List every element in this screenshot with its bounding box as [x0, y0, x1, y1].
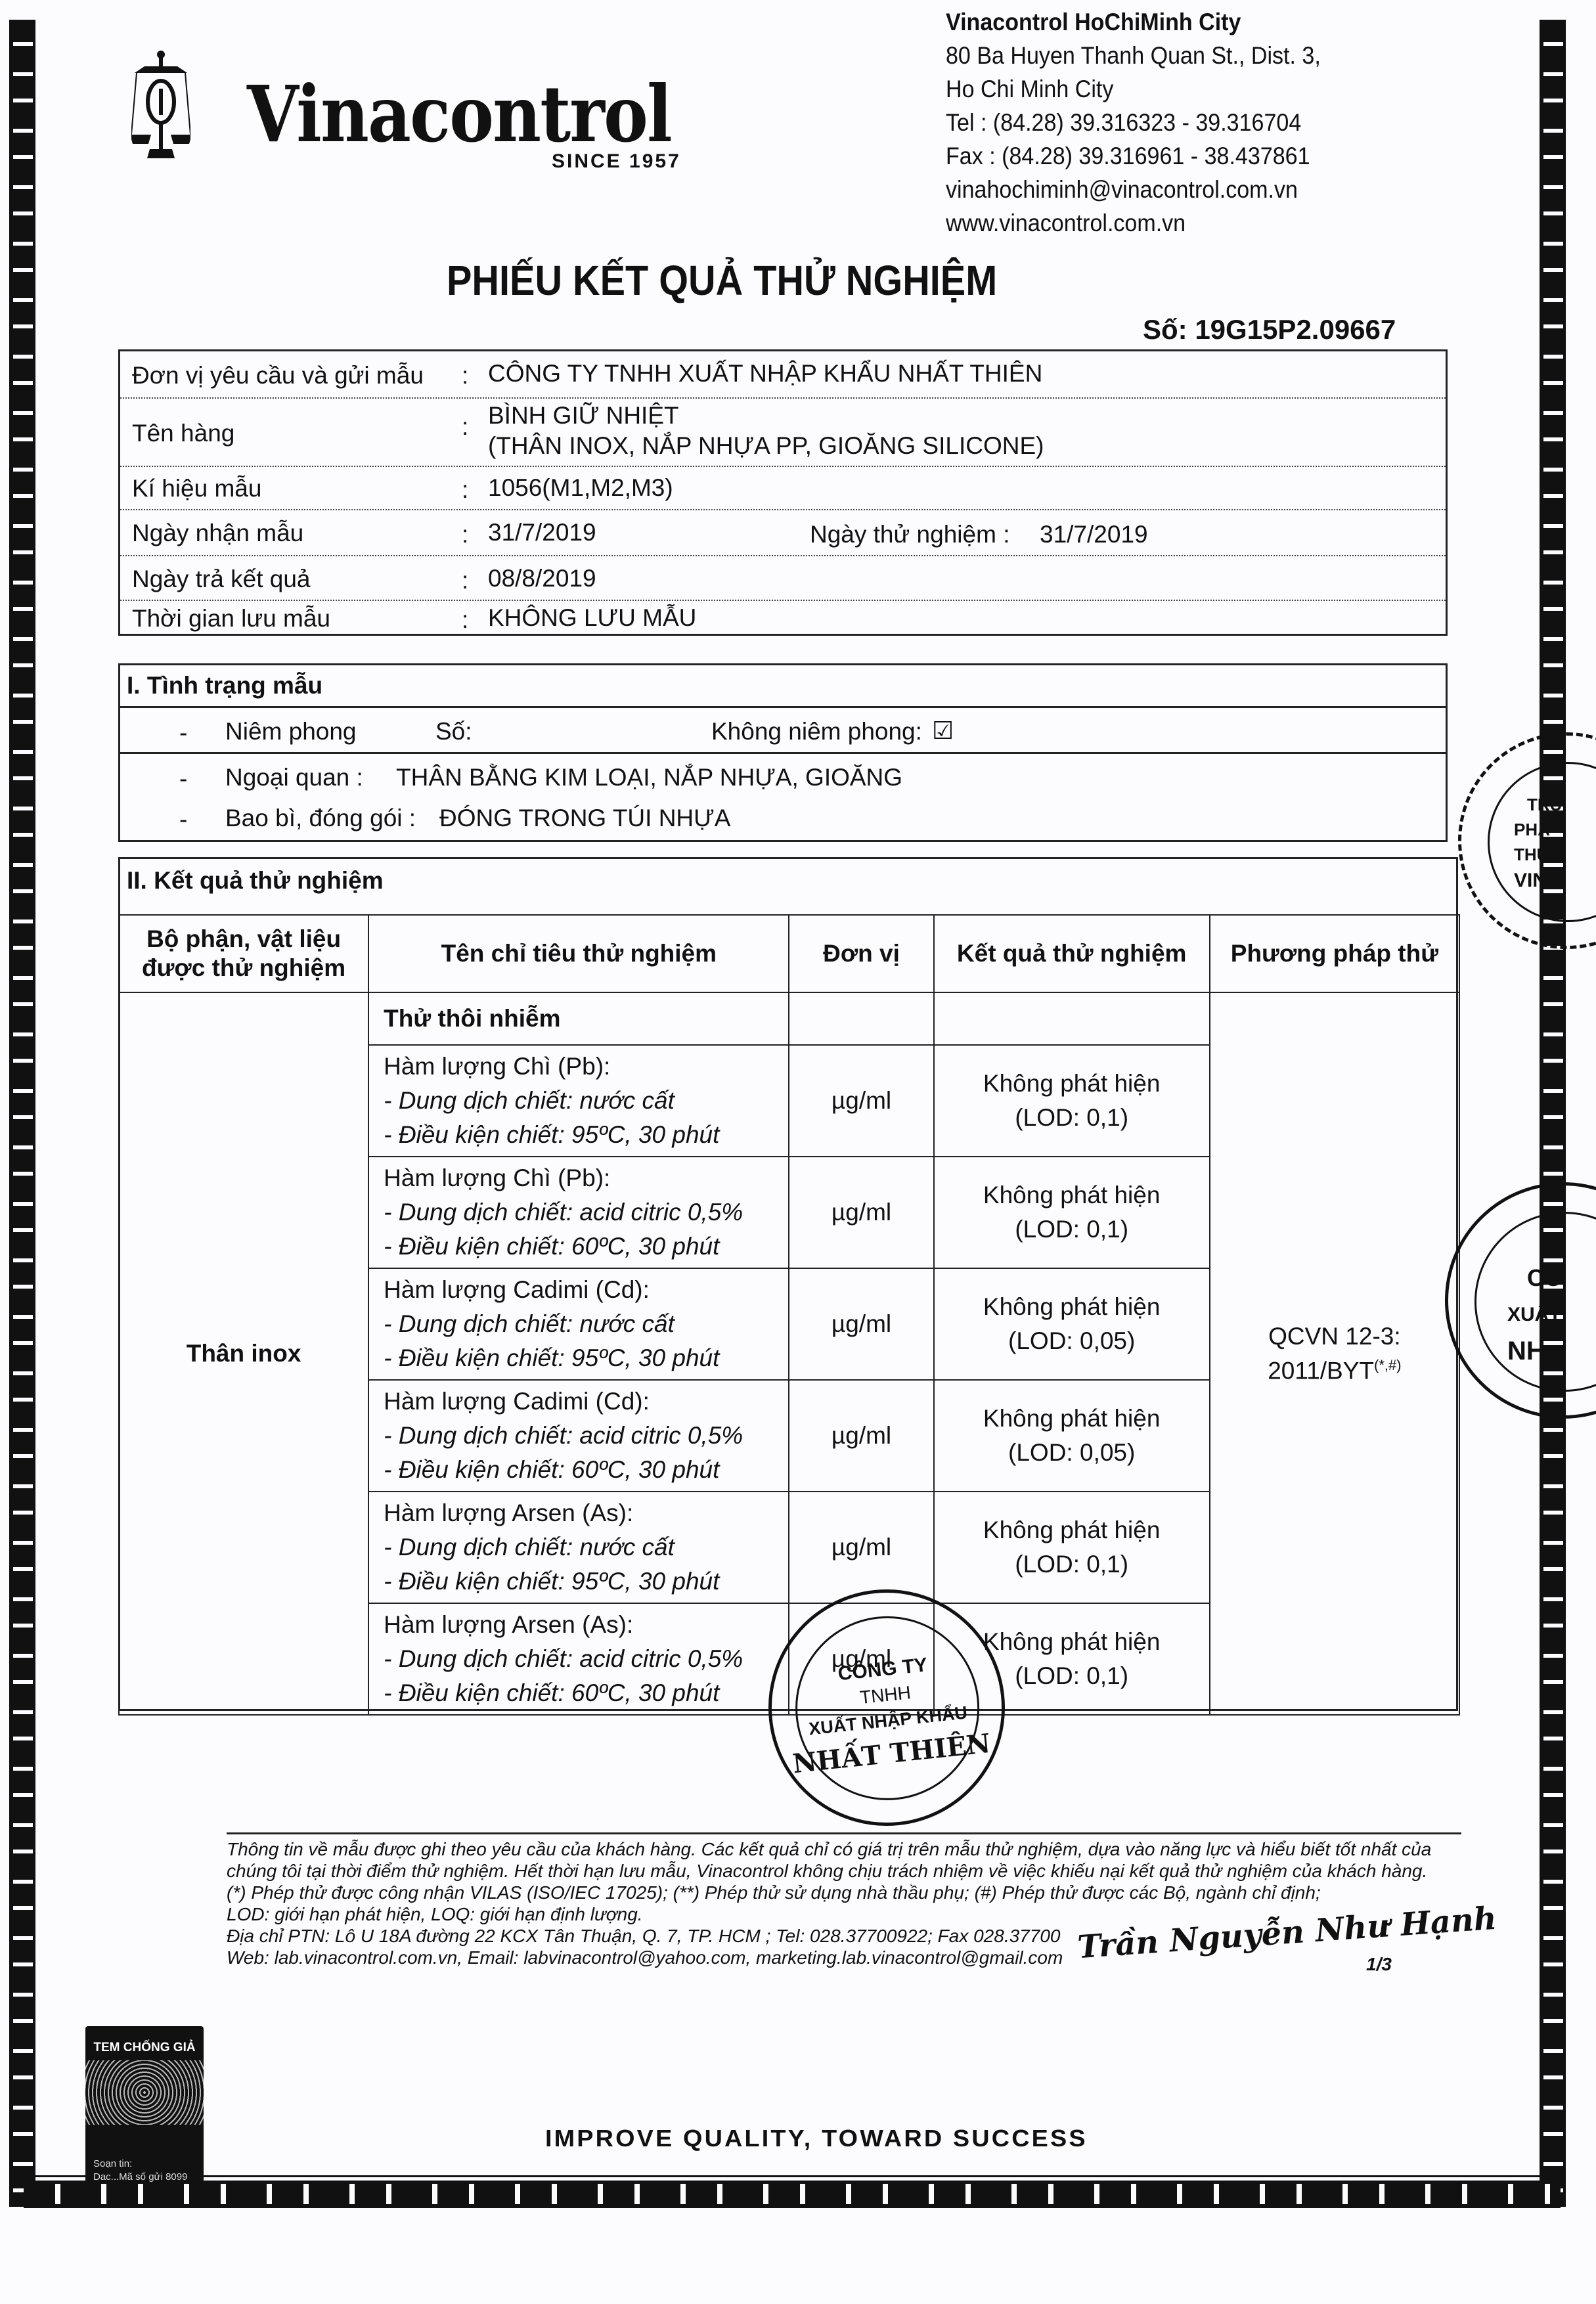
info-row-storage-time: Thời gian lưu mẫu : KHÔNG LƯU MẪU: [120, 601, 1446, 636]
appearance-label: Ngoại quan :: [225, 764, 363, 791]
address-line1: 80 Ba Huyen Thanh Quan St., Dist. 3,: [946, 39, 1321, 72]
info-row-product: Tên hàng : BÌNH GIỮ NHIỆT (THÂN INOX, NẮ…: [120, 399, 1446, 467]
info-row-received-date: Ngày nhận mẫu : 31/7/2019 Ngày thử nghiệ…: [120, 510, 1446, 556]
result-cell: Không phát hiện(LOD: 0,1): [934, 1045, 1210, 1157]
test-condition: - Điều kiện chiết: 60ºC, 30 phút: [384, 1453, 788, 1487]
test-results-section: II. Kết quả thử nghiệm Bộ phận, vật liệu…: [118, 857, 1458, 1711]
info-value: 31/7/2019: [488, 518, 596, 547]
info-colon: :: [462, 362, 468, 389]
info-label: Kí hiệu mẫu: [132, 475, 261, 502]
test-analyte: Hàm lượng Cadimi (Cd):: [384, 1273, 788, 1307]
info-value: 1056(M1,M2,M3): [488, 474, 673, 502]
test-name-cell: Hàm lượng Arsen (As):- Dung dịch chiết: …: [368, 1492, 789, 1603]
unit-cell: µg/ml: [789, 1268, 933, 1380]
result-cell: Không phát hiện(LOD: 0,1): [934, 1157, 1210, 1268]
table-row-group: Thân inox Thử thôi nhiễm QCVN 12-3:2011/…: [119, 992, 1459, 1045]
website-link[interactable]: www.vinacontrol.com.vn: [946, 206, 1321, 240]
info-row-return-date: Ngày trả kết quả : 08/8/2019: [120, 556, 1446, 601]
result-lod: (LOD: 0,1): [935, 1101, 1209, 1135]
bullet-dash: -: [179, 806, 187, 833]
info-label: Ngày trả kết quả: [132, 565, 310, 593]
no-seal-label: Không niêm phong:: [711, 718, 922, 745]
no-seal-checkbox[interactable]: ☑: [932, 717, 954, 745]
info-colon: :: [462, 521, 468, 548]
test-condition: - Điều kiện chiết: 95ºC, 30 phút: [384, 1564, 788, 1599]
appearance-value: THÂN BẰNG KIM LOẠI, NẮP NHỰA, GIOĂNG: [396, 764, 902, 791]
test-condition: - Điều kiện chiết: 95ºC, 30 phút: [384, 1341, 788, 1375]
divider: [120, 706, 1446, 708]
stamp-line: CÔ: [1527, 1264, 1563, 1292]
col-header-unit: Đơn vị: [789, 915, 933, 992]
test-solution: - Dung dịch chiết: nước cất: [384, 1530, 788, 1564]
info-value: BÌNH GIỮ NHIỆT: [488, 401, 679, 430]
method-line1: QCVN 12-3:: [1210, 1322, 1459, 1351]
result-lod: (LOD: 0,1): [935, 1547, 1209, 1582]
unit-cell: µg/ml: [789, 1157, 933, 1268]
bullet-dash: -: [179, 719, 187, 747]
result-result: Không phát hiện: [935, 1067, 1209, 1101]
brand-name: Vinacontrol: [247, 76, 671, 153]
stamp-line: VIN: [1514, 870, 1547, 892]
info-label: Ngày nhận mẫu: [132, 520, 303, 547]
anti-fake-code: Soạn tin: Dac...Mã số gửi 8099: [93, 2158, 187, 2184]
tested-part: Thân inox: [119, 992, 368, 1715]
test-date-value: 31/7/2019: [1040, 521, 1148, 548]
note-line: chúng tôi tại thời điểm thử nghiệm. Hết …: [227, 1860, 1461, 1882]
fax: Fax : (84.28) 39.316961 - 38.437861: [946, 139, 1321, 173]
anti-fake-title: TEM CHỐNG GIẢ: [85, 2041, 204, 2055]
frame-inner-line: [35, 2175, 1546, 2177]
stamp-line: NH: [1507, 1337, 1545, 1366]
hologram-pattern-icon: [85, 2060, 204, 2125]
info-value: KHÔNG LƯU MẪU: [488, 604, 696, 632]
col-header-test-name: Tên chỉ tiêu thử nghiệm: [368, 915, 789, 992]
sample-status-section: I. Tình trạng mẫu - Niêm phong Số: Không…: [118, 663, 1448, 842]
company-stamp-partial: CÔ XUẤT NH: [1445, 1182, 1596, 1419]
tel: Tel : (84.28) 39.316323 - 39.316704: [946, 106, 1321, 139]
scales-emblem-icon: [131, 49, 190, 161]
document-number: Số: 19G15P2.09667: [1143, 314, 1396, 345]
test-analyte: Hàm lượng Chì (Pb):: [384, 1161, 788, 1195]
ornamental-border-right: [1540, 20, 1566, 2207]
empty-cell: [934, 992, 1210, 1045]
info-colon: :: [462, 567, 468, 594]
bullet-dash: -: [179, 765, 187, 793]
section-title: I. Tình trạng mẫu: [127, 672, 322, 699]
packaging-label: Bao bì, đóng gói :: [225, 805, 416, 832]
info-value: CÔNG TY TNHH XUẤT NHẬP KHẨU NHẤT THIÊN: [488, 359, 1042, 388]
info-label: Đơn vị yêu cầu và gửi mẫu: [132, 362, 424, 389]
result-result: Không phát hiện: [935, 1402, 1209, 1436]
result-result: Không phát hiện: [935, 1178, 1209, 1212]
email-link[interactable]: vinahochiminh@vinacontrol.com.vn: [946, 173, 1321, 206]
ornamental-border-left: [9, 20, 35, 2207]
divider: [120, 752, 1446, 754]
anti-fake-code-line1: Soạn tin:: [93, 2158, 187, 2171]
page-number: 1/3: [1366, 1954, 1392, 1975]
result-lod: (LOD: 0,05): [935, 1324, 1209, 1358]
slogan: IMPROVE QUALITY, TOWARD SUCCESS: [545, 2125, 1088, 2152]
info-value-line2: (THÂN INOX, NẮP NHỰA PP, GIOĂNG SILICONE…: [488, 432, 1044, 460]
col-header-result: Kết quả thử nghiệm: [934, 915, 1210, 992]
results-table: Bộ phận, vật liệu được thử nghiệm Tên ch…: [118, 914, 1460, 1716]
test-name-cell: Hàm lượng Chì (Pb):- Dung dịch chiết: nư…: [368, 1045, 789, 1157]
test-solution: - Dung dịch chiết: nước cất: [384, 1307, 788, 1341]
test-name-cell: Hàm lượng Cadimi (Cd):- Dung dịch chiết:…: [368, 1268, 789, 1380]
col-header-part: Bộ phận, vật liệu được thử nghiệm: [119, 915, 368, 992]
col-header-method: Phương pháp thử: [1210, 915, 1459, 992]
stamp-line: TRU: [1527, 795, 1562, 815]
test-group-name: Thử thôi nhiễm: [368, 992, 789, 1045]
test-name-cell: Hàm lượng Arsen (As):- Dung dịch chiết: …: [368, 1603, 789, 1715]
info-label: Tên hàng: [132, 420, 234, 447]
seal-number-label: Số:: [435, 718, 472, 745]
test-name-cell: Hàm lượng Cadimi (Cd):- Dung dịch chiết:…: [368, 1380, 789, 1492]
table-header-row: Bộ phận, vật liệu được thử nghiệm Tên ch…: [119, 915, 1459, 992]
info-label: Thời gian lưu mẫu: [132, 605, 330, 632]
test-date-label: Ngày thử nghiệm :: [810, 521, 1009, 548]
stamp-line: THU: [1514, 845, 1549, 865]
unit-cell: µg/ml: [789, 1045, 933, 1157]
office-name: Vinacontrol HoChiMinh City: [946, 5, 1321, 39]
brand-since: SINCE 1957: [552, 150, 681, 173]
test-analyte: Hàm lượng Arsen (As):: [384, 1608, 788, 1642]
test-analyte: Hàm lượng Cadimi (Cd):: [384, 1385, 788, 1419]
test-solution: - Dung dịch chiết: acid citric 0,5%: [384, 1419, 788, 1453]
test-solution: - Dung dịch chiết: nước cất: [384, 1084, 788, 1118]
result-cell: Không phát hiện(LOD: 0,05): [934, 1380, 1210, 1492]
stamp-inner-ring: [1488, 762, 1596, 922]
info-row-requester: Đơn vị yêu cầu và gửi mẫu : CÔNG TY TNHH…: [120, 351, 1446, 399]
test-analyte: Hàm lượng Arsen (As):: [384, 1496, 788, 1530]
seal-label: Niêm phong: [225, 718, 357, 745]
result-cell: Không phát hiện(LOD: 0,1): [934, 1492, 1210, 1603]
anti-fake-code-line2: Dac...Mã số gửi 8099: [93, 2171, 187, 2184]
info-colon: :: [462, 413, 468, 441]
info-value: 08/8/2019: [488, 564, 596, 593]
method-standard: 2011/BYT: [1268, 1357, 1374, 1384]
contact-block: Vinacontrol HoChiMinh City 80 Ba Huyen T…: [946, 5, 1321, 240]
unit-cell: µg/ml: [789, 1380, 933, 1492]
test-condition: - Điều kiện chiết: 60ºC, 30 phút: [384, 1230, 788, 1264]
stamp-line: XUẤT: [1507, 1304, 1561, 1326]
result-lod: (LOD: 0,05): [935, 1436, 1209, 1470]
result-result: Không phát hiện: [935, 1290, 1209, 1324]
unit-cell: µg/ml: [789, 1492, 933, 1603]
info-colon: :: [462, 476, 468, 504]
test-condition: - Điều kiện chiết: 60ºC, 30 phút: [384, 1676, 788, 1710]
vinacontrol-logo: Vinacontrol SINCE 1957: [131, 49, 762, 174]
result-cell: Không phát hiện(LOD: 0,05): [934, 1268, 1210, 1380]
info-colon: :: [462, 606, 468, 634]
document-title: PHIẾU KẾT QUẢ THỬ NGHIỆM: [447, 256, 997, 305]
test-solution: - Dung dịch chiết: acid citric 0,5%: [384, 1195, 788, 1230]
method-cell: QCVN 12-3:2011/BYT(*,#): [1210, 992, 1459, 1715]
result-lod: (LOD: 0,1): [935, 1212, 1209, 1247]
lab-stamp-partial: TRU PHA THU VIN: [1458, 732, 1596, 949]
test-solution: - Dung dịch chiết: acid citric 0,5%: [384, 1642, 788, 1676]
sample-info-box: Đơn vị yêu cầu và gửi mẫu : CÔNG TY TNHH…: [118, 349, 1448, 636]
method-footnote-marker: (*,#): [1374, 1357, 1402, 1373]
stamp-line: PHA: [1514, 820, 1550, 840]
info-row-sample-code: Kí hiệu mẫu : 1056(M1,M2,M3): [120, 467, 1446, 510]
address-line2: Ho Chi Minh City: [946, 72, 1321, 106]
method-line2: 2011/BYT(*,#): [1210, 1351, 1459, 1385]
test-name-cell: Hàm lượng Chì (Pb):- Dung dịch chiết: ac…: [368, 1157, 789, 1268]
anti-counterfeit-label: TEM CHỐNG GIẢ Soạn tin: Dac...Mã số gửi …: [85, 2026, 204, 2184]
ornamental-border-bottom: [24, 2181, 1561, 2208]
test-analyte: Hàm lượng Chì (Pb):: [384, 1050, 788, 1084]
packaging-value: ĐÓNG TRONG TÚI NHỰA: [439, 805, 730, 832]
note-line: (*) Phép thử được công nhận VILAS (ISO/I…: [227, 1882, 1461, 1903]
section-title: II. Kết quả thử nghiệm: [127, 867, 384, 895]
note-line: Thông tin về mẫu được ghi theo yêu cầu c…: [227, 1838, 1461, 1860]
empty-cell: [789, 992, 933, 1045]
result-result: Không phát hiện: [935, 1513, 1209, 1547]
test-condition: - Điều kiện chiết: 95ºC, 30 phút: [384, 1118, 788, 1152]
